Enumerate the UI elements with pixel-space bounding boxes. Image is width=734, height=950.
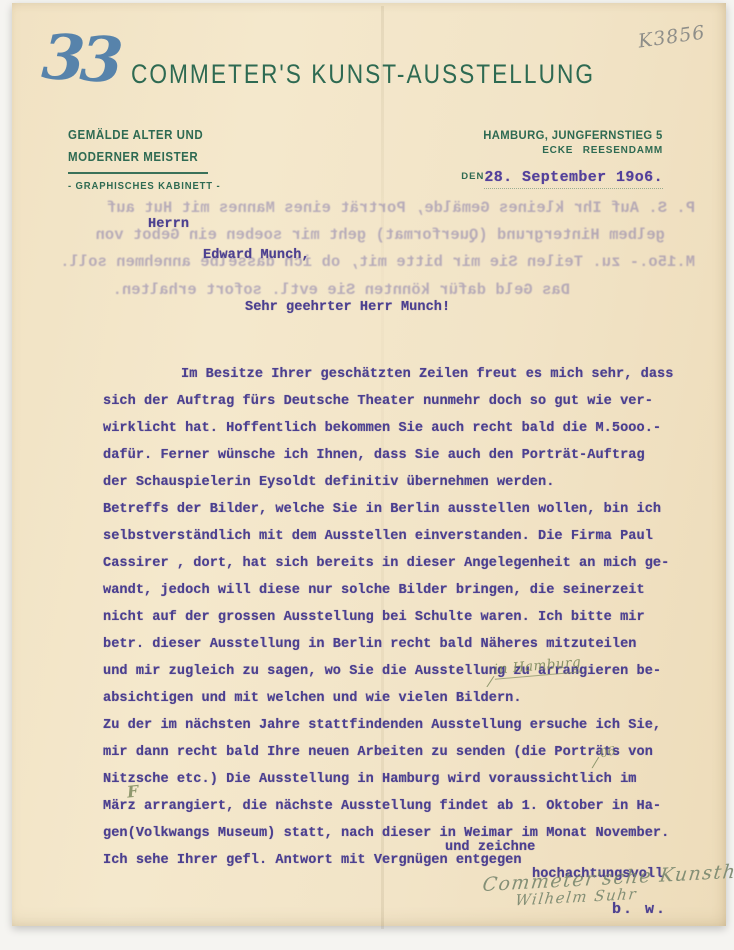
insertion-slash-mark: / xyxy=(592,755,598,771)
letter-body-line: und mir zugleich zu sagen, wo Sie die Au… xyxy=(103,658,683,685)
letterhead-subtitle-block: GEMÄLDE ALTER UND MODERNER MEISTER - GRA… xyxy=(68,124,229,192)
letter-body-line: nicht auf der grossen Ausstellung bei Sc… xyxy=(103,604,683,631)
letterhead-rule xyxy=(68,172,208,174)
recipient-prefix: Herrn xyxy=(148,217,189,232)
document-scan: 33 K3856 COMMETER'S KUNST-AUSSTELLUNG GE… xyxy=(0,0,734,950)
letter-body-line: absichtigen und mit welchen und wie viel… xyxy=(103,685,683,712)
letter-body-line: sich der Auftrag fürs Deutsche Theater n… xyxy=(103,388,683,415)
letter-body-line: Cassirer , dort, hat sich bereits in die… xyxy=(103,550,683,577)
turn-over-note: b. w. xyxy=(612,901,667,918)
letter-body-line: betr. dieser Ausstellung in Berlin recht… xyxy=(103,631,683,658)
date-line: DEN28. September 19o6. xyxy=(461,168,663,186)
letter-body-line: selbstverständlich mit dem Ausstellen ei… xyxy=(103,523,683,550)
closing-lead: und zeichne xyxy=(445,840,535,855)
letterhead-subtitle-line2: MODERNER MEISTER xyxy=(68,146,216,168)
letter-body-line: Betreffs der Bilder, welche Sie in Berli… xyxy=(103,496,683,523)
address-line-street: HAMBURG, JUNGFERNSTIEG 5 xyxy=(473,128,663,142)
typed-date: 28. September 19o6. xyxy=(484,169,663,189)
letterhead-kabinett-line: - GRAPHISCHES KABINETT - xyxy=(68,181,220,192)
address-line-corner: ECKE REESENDAMM xyxy=(461,145,663,156)
letter-body-line: März arrangiert, die nächste Ausstellung… xyxy=(103,793,683,820)
letter-body-line: wirklicht hat. Hoffentlich bekommen Sie … xyxy=(103,415,683,442)
letter-body-line: Zu der im nächsten Jahre stattfindenden … xyxy=(103,712,683,739)
letterhead-title: COMMETER'S KUNST-AUSSTELLUNG xyxy=(58,59,668,90)
letter-body-line: Im Besitze Ihrer geschätzten Zeilen freu… xyxy=(103,361,683,388)
letter-body-line: dafür. Ferner wünsche ich Ihnen, dass Si… xyxy=(103,442,683,469)
recipient-name: Edward Munch, xyxy=(203,248,310,263)
letter-body: Im Besitze Ihrer geschätzten Zeilen freu… xyxy=(103,331,683,904)
letterhead-subtitle-line1: GEMÄLDE ALTER UND xyxy=(68,124,216,146)
letter-body-line: wandt, jedoch will diese nur solche Bild… xyxy=(103,577,683,604)
letter-greeting: Sehr geehrter Herr Munch! xyxy=(245,300,450,315)
letterhead-address-block: HAMBURG, JUNGFERNSTIEG 5 ECKE REESENDAMM… xyxy=(461,128,663,186)
handwritten-letter-correction: F xyxy=(126,781,139,801)
letter-body-line: der Schauspielerin Eysoldt definitiv übe… xyxy=(103,469,683,496)
date-label: DEN xyxy=(461,171,484,182)
letter-body-line: gen(Volkwangs Museum) statt, nach dieser… xyxy=(103,820,683,847)
